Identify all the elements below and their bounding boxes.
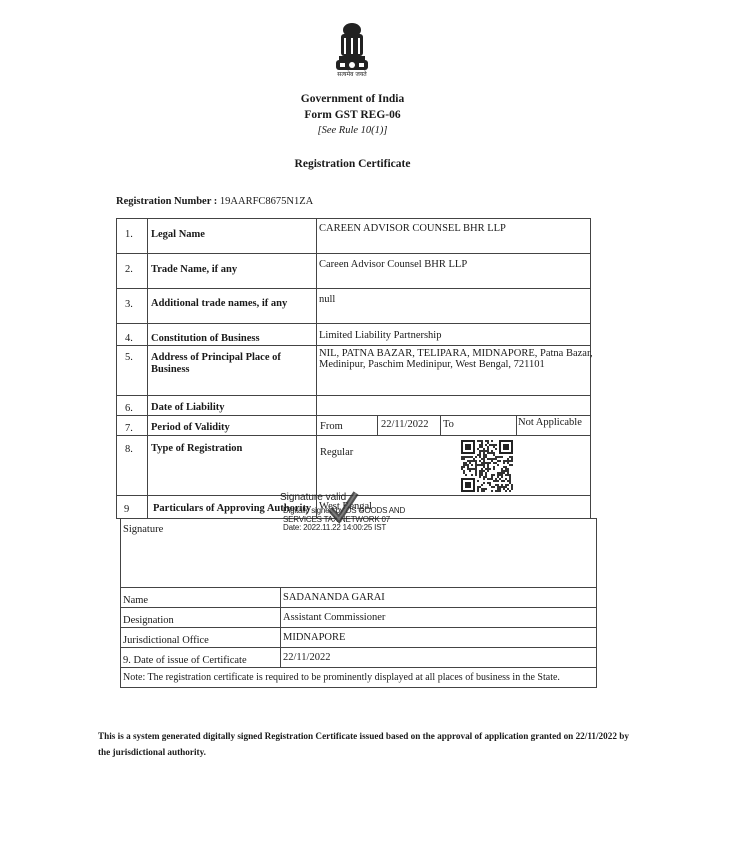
row-number: 3.: [125, 299, 133, 311]
form-title: Form GST REG-06: [200, 109, 505, 121]
date-of-issue-value: 22/11/2022: [283, 652, 330, 664]
qr-code-icon: [461, 440, 513, 492]
period-of-validity-label: Period of Validity: [151, 422, 230, 434]
address-label-line1: Address of Principal Place of: [151, 352, 281, 364]
constitution-value: Limited Liability Partnership: [319, 330, 441, 342]
name-value: SADANANDA GARAI: [283, 592, 385, 604]
additional-trade-names-label: Additional trade names, if any: [151, 298, 287, 310]
type-of-registration-value: Regular: [320, 447, 353, 459]
row-number: 4.: [125, 333, 133, 345]
row-number: 2.: [125, 264, 133, 276]
designation-value: Assistant Commissioner: [283, 612, 385, 624]
registration-number: Registration Number : 19AARFC8675N1ZA: [116, 196, 313, 207]
address-value-line2: Medinipur, Paschim Medinipur, West Benga…: [319, 359, 545, 371]
validity-to-label: To: [443, 419, 454, 431]
rule-reference: [See Rule 10(1)]: [200, 125, 505, 136]
footer-statement-line2: the jurisdictional authority.: [98, 747, 206, 757]
date-of-issue-label: 9. Date of issue of Certificate: [123, 655, 247, 667]
registration-number-label: Registration Number :: [116, 196, 217, 207]
trade-name-value: Careen Advisor Counsel BHR LLP: [319, 259, 467, 271]
validity-from-date: 22/11/2022: [381, 419, 428, 431]
validity-from-label: From: [320, 421, 343, 433]
government-heading: Government of India: [200, 93, 505, 105]
row-number: 7.: [125, 423, 133, 435]
jurisdictional-office-value: MIDNAPORE: [283, 632, 345, 644]
validity-to-value: Not Applicable: [518, 417, 582, 429]
row-number: 9: [124, 504, 129, 516]
registration-number-value: 19AARFC8675N1ZA: [220, 196, 313, 207]
display-note: Note: The registration certificate is re…: [123, 672, 560, 684]
row-number: 6.: [125, 403, 133, 415]
signature-label: Signature: [123, 524, 163, 536]
designation-label: Designation: [123, 615, 174, 627]
constitution-label: Constitution of Business: [151, 333, 260, 345]
date-of-liability-label: Date of Liability: [151, 402, 225, 414]
address-label-line2: Business: [151, 364, 190, 376]
row-number: 5.: [125, 352, 133, 364]
type-of-registration-label: Type of Registration: [151, 443, 242, 455]
legal-name-label: Legal Name: [151, 229, 205, 241]
legal-name-value: CAREEN ADVISOR COUNSEL BHR LLP: [319, 223, 506, 235]
jurisdictional-office-label: Jurisdictional Office: [123, 635, 209, 647]
checkmark-icon: [322, 487, 362, 527]
row-number: 1.: [125, 229, 133, 241]
additional-trade-names-value: null: [319, 294, 335, 306]
trade-name-label: Trade Name, if any: [151, 264, 237, 276]
certificate-title: Registration Certificate: [200, 158, 505, 170]
name-label: Name: [123, 595, 148, 607]
emblem-motto: सत्यमेव जयते: [322, 70, 382, 78]
footer-statement-line1: This is a system generated digitally sig…: [98, 731, 629, 741]
row-number: 8.: [125, 444, 133, 456]
